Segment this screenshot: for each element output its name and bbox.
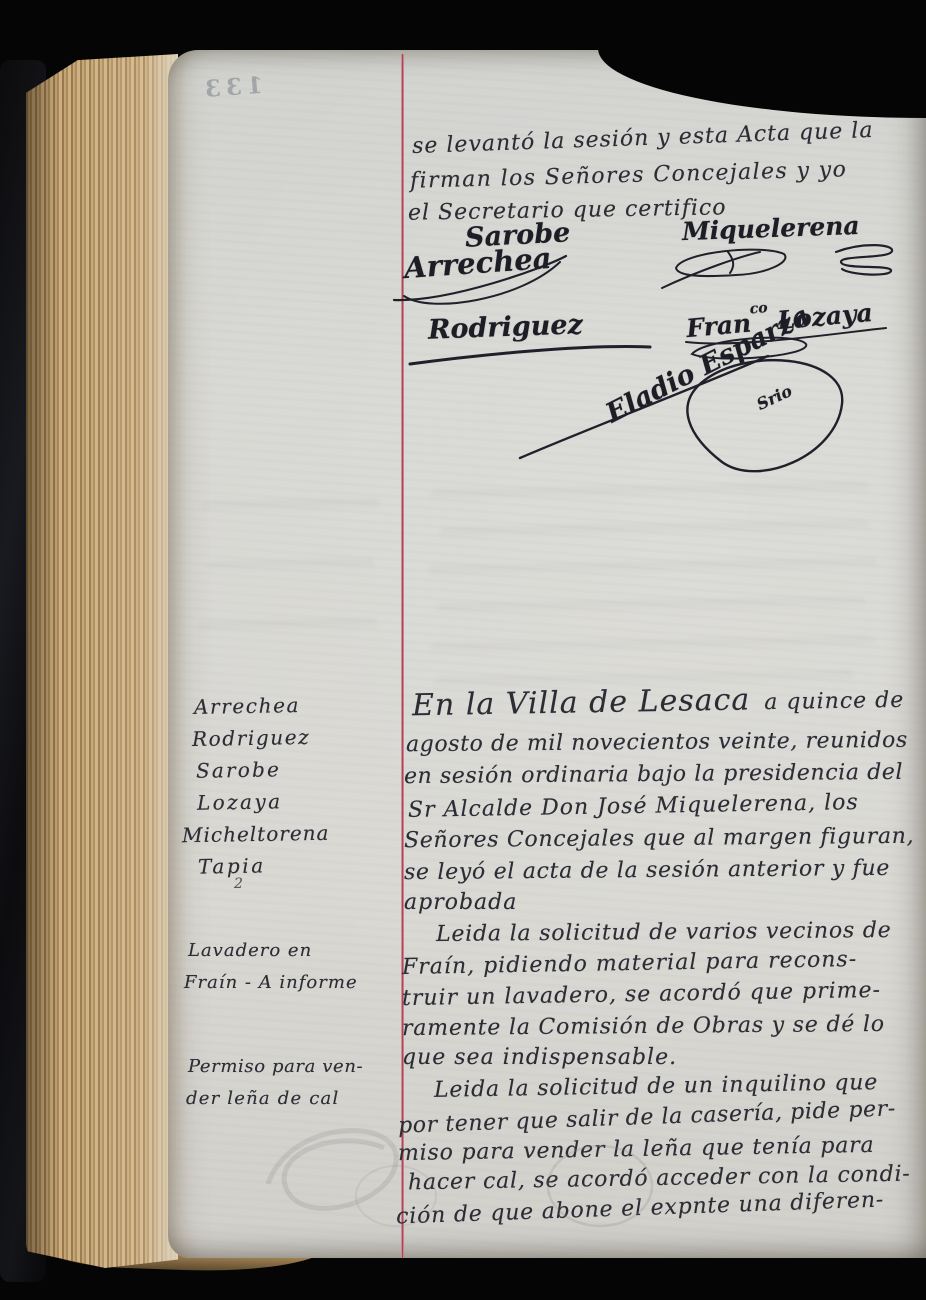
body-line: agosto de mil novecientos veinte, reunid… xyxy=(406,728,908,757)
body-line: se leyó el acta de la sesión anterior y … xyxy=(404,856,890,885)
signature-rodriguez: Rodriguez xyxy=(428,309,584,345)
body-line: Leida la solicitud de varios vecinos de xyxy=(436,918,892,947)
body-line: ramente la Comisión de Obras y se dé lo xyxy=(402,1012,885,1041)
margin-attendee: Tapia xyxy=(198,853,266,878)
margin-rule-line xyxy=(401,54,404,1258)
photo-canvas: 133 se levantó la sesión y esta Acta que… xyxy=(0,0,926,1300)
body-line: Señores Concejales que al margen figuran… xyxy=(404,824,914,853)
body-line: que sea indispensable. xyxy=(402,1045,677,1070)
body-line: en sesión ordinaria bajo la presidencia … xyxy=(404,760,903,789)
signature-lozaya-superscript: co xyxy=(749,300,768,317)
margin-attendee: Arrechea xyxy=(194,693,300,719)
body-line: aprobada xyxy=(404,890,517,915)
page-edges-stack xyxy=(26,54,178,1268)
margin-note-permiso: Permiso para ven- xyxy=(188,1056,363,1077)
margin-attendee: Lozaya xyxy=(197,789,283,814)
signature-miquelerena: Miquelerena xyxy=(682,211,860,246)
margin-attendee: Rodriguez xyxy=(192,725,311,751)
margin-note-lavadero: Fraín - A informe xyxy=(184,972,358,993)
body-opening-large: En la Villa de Lesaca xyxy=(412,682,751,723)
margin-attendee: Sarobe xyxy=(196,757,281,782)
margin-note-lavadero: Lavadero en xyxy=(188,940,312,961)
bleedthrough-page-number: 133 xyxy=(199,72,264,103)
margin-attendee: Micheltorena xyxy=(182,821,330,848)
margin-note-permiso: der leña de cal xyxy=(186,1088,339,1109)
margin-attendee-mark: 2 xyxy=(234,876,243,892)
body-opening-rest: a quince de xyxy=(764,688,904,715)
